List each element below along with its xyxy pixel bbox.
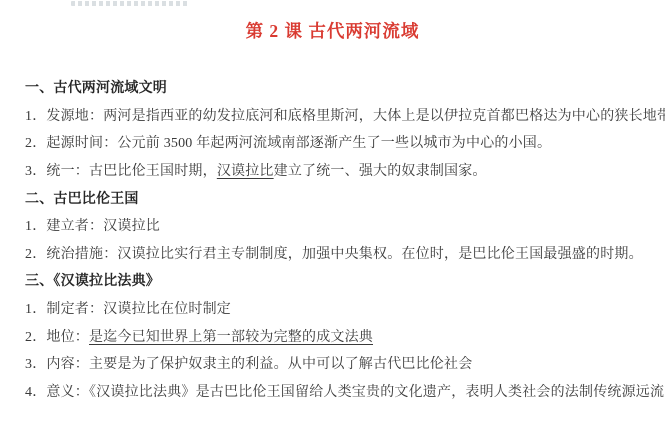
cropped-header-text [71, 1, 189, 6]
section-heading-2: 二、古巴比伦王国 [25, 186, 645, 214]
list-item: 3．内容：主要是为了保护奴隶主的利益。从中可以了解古代巴比伦社会 [25, 351, 645, 379]
section-heading-3: 三、《汉谟拉比法典》 [25, 268, 645, 296]
list-item: 1．发源地：两河是指西亚的幼发拉底河和底格里斯河，大体上是以伊拉克首都巴格达为中… [25, 103, 645, 131]
list-item: 2．起源时间：公元前 3500 年起两河流域南部逐渐产生了一些以城市为中心的小国… [25, 130, 645, 158]
underlined-key-term: 汉谟拉比 [217, 164, 274, 179]
document-page: 第 2 课 古代两河流域 一、古代两河流域文明 1．发源地：两河是指西亚的幼发拉… [0, 0, 665, 443]
list-item-text: 1．发源地：两河是指西亚的幼发拉底河和底格里斯河，大体上是以伊拉克首都巴格达为中… [25, 109, 665, 124]
list-item: 2．统治措施：汉谟拉比实行君主专制制度，加强中央集权。在位时，是巴比伦王国最强盛… [25, 241, 645, 269]
document-body: 一、古代两河流域文明 1．发源地：两河是指西亚的幼发拉底河和底格里斯河，大体上是… [25, 75, 645, 407]
list-item: 1．建立者：汉谟拉比 [25, 213, 645, 241]
list-item-text: 1．建立者：汉谟拉比 [25, 219, 160, 234]
list-item-text: 2．地位： [25, 330, 89, 345]
list-item: 1．制定者：汉谟拉比在位时制定 [25, 296, 645, 324]
list-item-text: 4．意义：《汉谟拉比法典》是古巴比伦王国留给人类宝贵的文化遗产，表明人类社会的法… [25, 385, 665, 400]
list-item-text: 2．起源时间：公元前 3500 年起两河流域南部逐渐产生了一些以城市为中心的小国… [25, 136, 551, 151]
list-item-text: 建立了统一、强大的奴隶制国家。 [274, 164, 487, 179]
list-item-text: 2．统治措施：汉谟拉比实行君主专制制度，加强中央集权。在位时，是巴比伦王国最强盛… [25, 247, 643, 262]
list-item-text: 3．内容：主要是为了保护奴隶主的利益。从中可以了解古代巴比伦社会 [25, 357, 472, 372]
list-item: 4．意义：《汉谟拉比法典》是古巴比伦王国留给人类宝贵的文化遗产，表明人类社会的法… [25, 379, 645, 407]
section-heading-1: 一、古代两河流域文明 [25, 75, 645, 103]
list-item-text: 1．制定者：汉谟拉比在位时制定 [25, 302, 231, 317]
lesson-title: 第 2 课 古代两河流域 [0, 18, 665, 43]
underlined-key-phrase: 是迄今已知世界上第一部较为完整的成文法典 [89, 330, 373, 345]
list-item: 2．地位：是迄今已知世界上第一部较为完整的成文法典 [25, 324, 645, 352]
list-item-text: 3．统一：古巴比伦王国时期， [25, 164, 217, 179]
list-item: 3．统一：古巴比伦王国时期，汉谟拉比建立了统一、强大的奴隶制国家。 [25, 158, 645, 186]
